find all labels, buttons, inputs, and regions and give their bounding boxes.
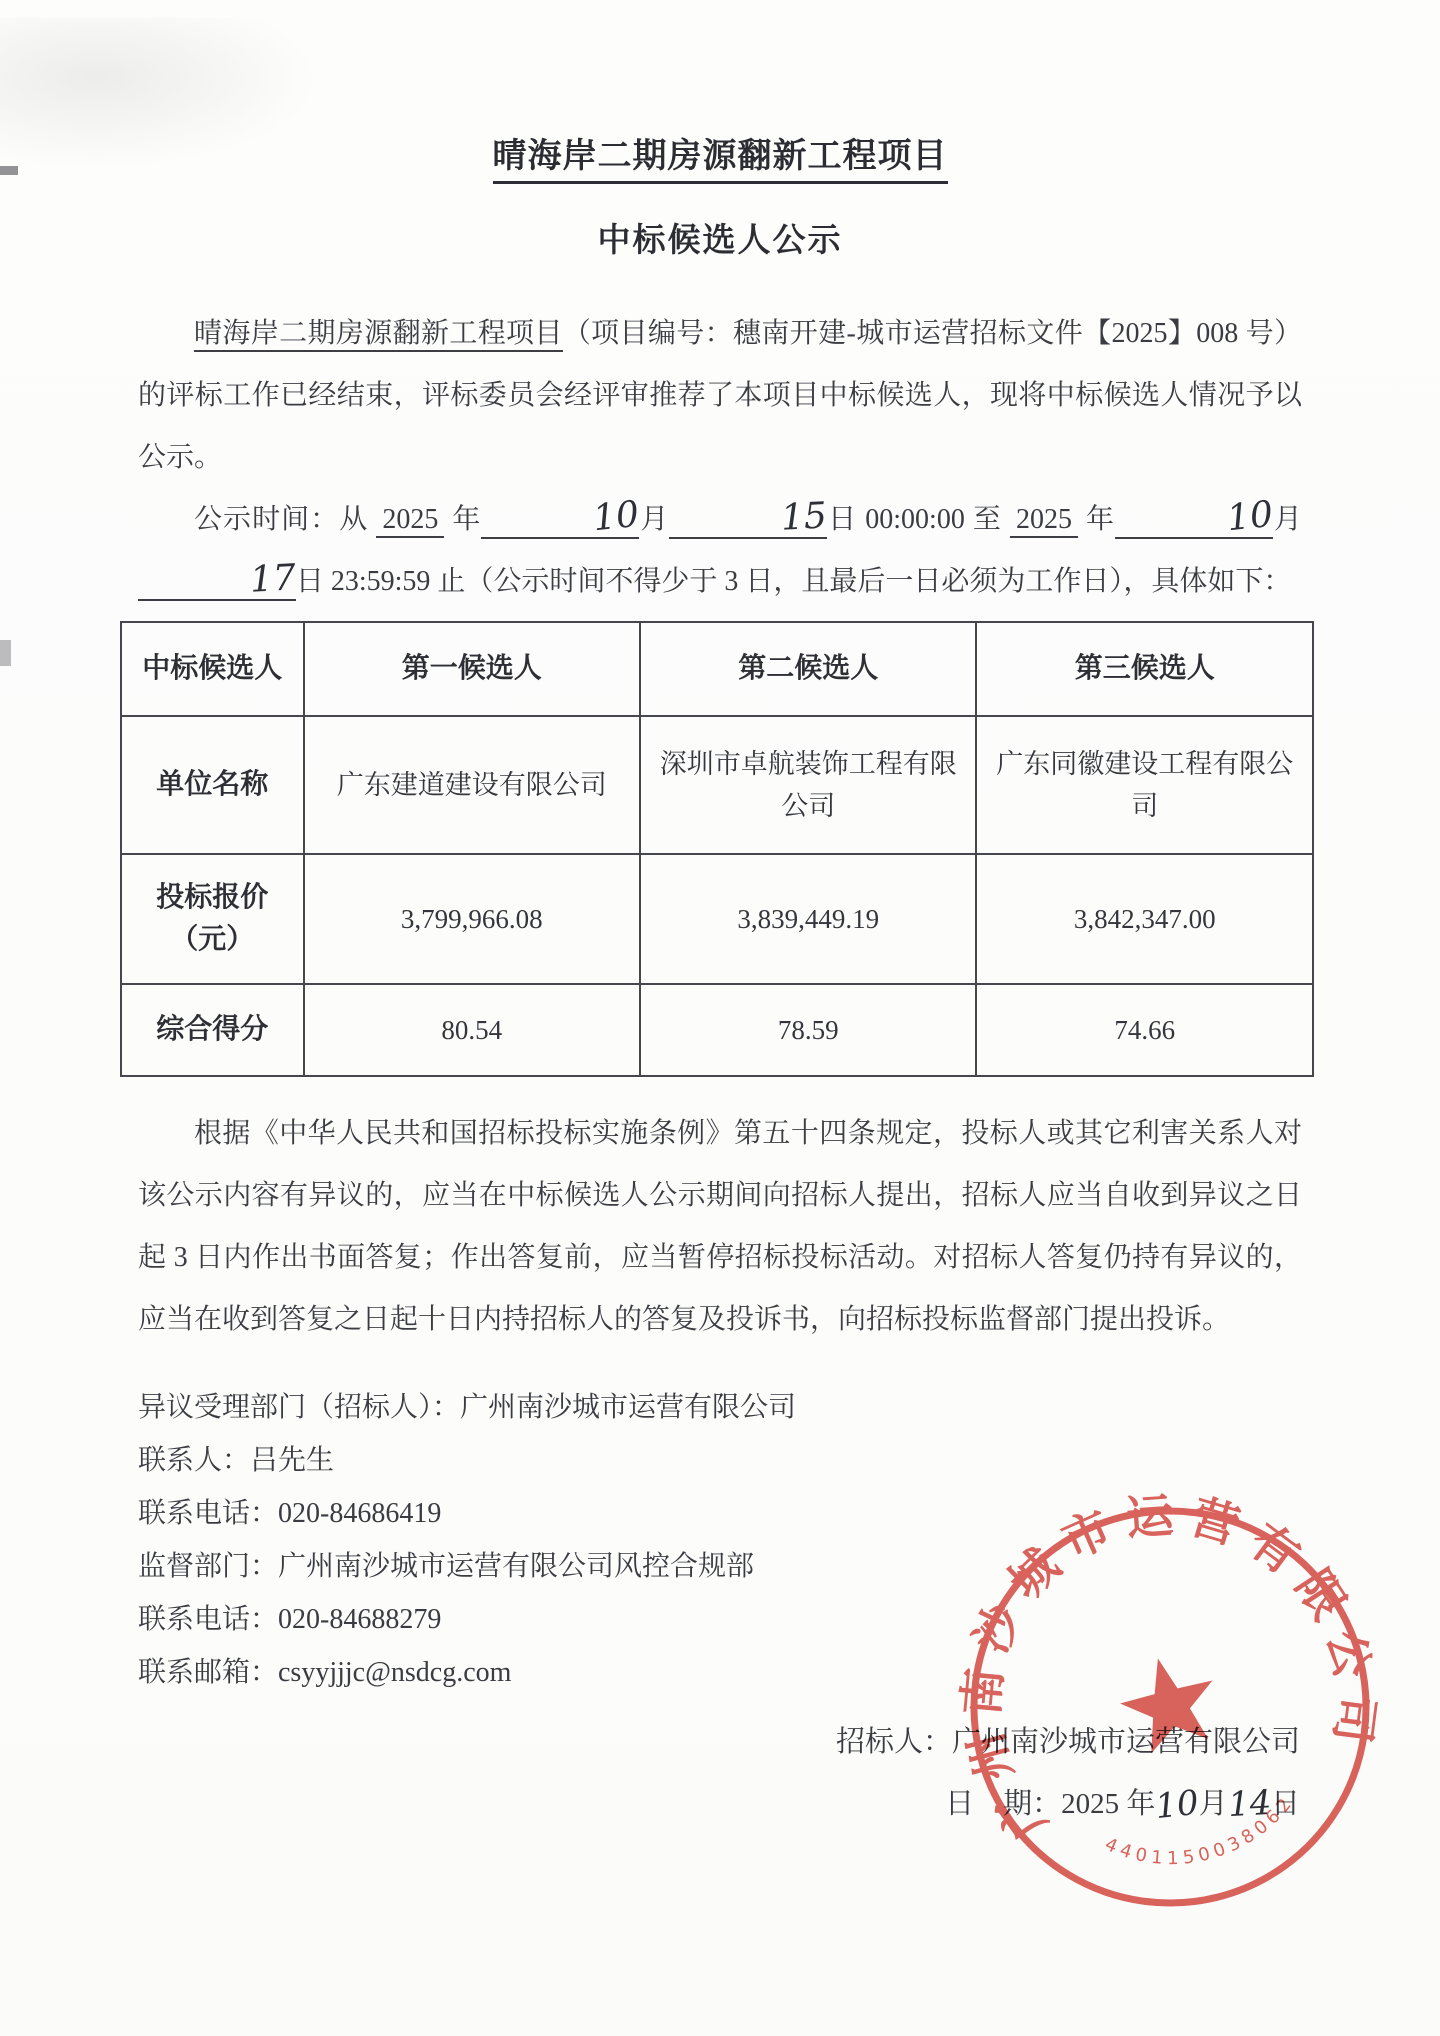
contact-info-block: 异议受理部门（招标人）：广州南沙城市运营有限公司 联系人：吕先生 联系电话：02… bbox=[138, 1381, 1302, 1699]
period-month-unit-2: 月 bbox=[1273, 504, 1302, 535]
date-label: 日 期： bbox=[945, 1788, 1061, 1820]
row-label-price: 投标报价 （元） bbox=[121, 854, 304, 984]
date-month-unit: 月 bbox=[1199, 1788, 1228, 1820]
contact-line-objection-dept: 异议受理部门（招标人）：广州南沙城市运营有限公司 bbox=[138, 1381, 1302, 1434]
handwritten-date-day: 14 bbox=[1226, 1773, 1272, 1835]
handwritten-month-slot-2: 10 bbox=[1115, 500, 1273, 539]
document-subtitle: 中标候选人公示 bbox=[138, 214, 1302, 261]
scan-artifact-tick-1 bbox=[0, 166, 18, 175]
date-day-unit: 日 bbox=[1271, 1788, 1300, 1820]
row-label-score: 综合得分 bbox=[121, 984, 304, 1076]
project-name-underlined: 晴海岸二期房源翻新工程项目 bbox=[194, 318, 563, 352]
period-month-unit-1: 月 bbox=[639, 504, 669, 535]
header-cell-first: 第一候选人 bbox=[304, 622, 640, 716]
header-cell-second: 第二候选人 bbox=[640, 622, 976, 716]
document-title-text: 晴海岸二期房源翻新工程项目 bbox=[493, 128, 948, 184]
handwritten-date-month: 10 bbox=[1153, 1773, 1202, 1837]
table-row-bid-price: 投标报价 （元） 3,799,966.08 3,839,449.19 3,842… bbox=[121, 854, 1313, 984]
handwritten-month-1: 10 bbox=[536, 498, 641, 542]
score-first: 80.54 bbox=[304, 984, 640, 1076]
contact-line-phone-1: 联系电话：020-84686419 bbox=[138, 1487, 1302, 1540]
handwritten-day-slot-2: 17 bbox=[138, 562, 296, 601]
row-label-price-line1: 投标报价 bbox=[132, 877, 293, 919]
period-middle: 日 00:00:00 至 bbox=[827, 504, 1010, 535]
price-first: 3,799,966.08 bbox=[304, 854, 640, 984]
header-cell-third: 第三候选人 bbox=[976, 622, 1313, 716]
score-third: 74.66 bbox=[976, 984, 1313, 1076]
signature-block: 招标人：广州南沙城市运营有限公司 日 期：2025 年10月14日 bbox=[836, 1712, 1300, 1834]
price-second: 3,839,449.19 bbox=[640, 854, 976, 984]
row-label-company: 单位名称 bbox=[121, 716, 304, 854]
period-year-unit-1: 年 bbox=[444, 504, 481, 535]
handwritten-day-slot-1: 15 bbox=[669, 500, 827, 539]
paragraph-objection-rules: 根据《中华人民共和国招标投标实施条例》第五十四条规定，投标人或其它利害关系人对该… bbox=[138, 1103, 1302, 1351]
scan-artifact-tick-2 bbox=[0, 640, 11, 666]
table-row-company-name: 单位名称 广东建道建设有限公司 深圳市卓航装饰工程有限公司 广东同徽建设工程有限… bbox=[121, 716, 1313, 854]
company-second: 深圳市卓航装饰工程有限公司 bbox=[640, 716, 976, 854]
period-year-2: 2025 bbox=[1010, 504, 1078, 538]
score-second: 78.59 bbox=[640, 984, 976, 1076]
date-line: 日 期：2025 年10月14日 bbox=[836, 1772, 1300, 1834]
price-third: 3,842,347.00 bbox=[976, 854, 1313, 984]
table-row-score: 综合得分 80.54 78.59 74.66 bbox=[121, 984, 1313, 1076]
row-label-price-line2: （元） bbox=[132, 919, 293, 961]
contact-line-email: 联系邮箱：csyyjjjc@nsdcg.com bbox=[138, 1646, 1302, 1699]
company-third: 广东同徽建设工程有限公司 bbox=[976, 716, 1313, 854]
handwritten-day-2: 17 bbox=[193, 561, 296, 600]
paragraph-publicity-period: 公示时间：从 2025 年10月15日 00:00:00 至 2025 年10月… bbox=[138, 489, 1302, 613]
company-first: 广东建道建设有限公司 bbox=[304, 716, 640, 854]
contact-line-supervision-dept: 监督部门：广州南沙城市运营有限公司风控合规部 bbox=[138, 1540, 1302, 1593]
table-header-row: 中标候选人 第一候选人 第二候选人 第三候选人 bbox=[121, 622, 1313, 716]
bid-candidates-table: 中标候选人 第一候选人 第二候选人 第三候选人 单位名称 广东建道建设有限公司 … bbox=[120, 621, 1314, 1077]
handwritten-day-1: 15 bbox=[725, 499, 828, 538]
paragraph-intro: 晴海岸二期房源翻新工程项目（项目编号：穗南开建-城市运营招标文件【2025】00… bbox=[138, 303, 1302, 489]
period-suffix: 日 23:59:59 止（公示时间不得少于 3 日，且最后一日必须为工作日），具… bbox=[296, 566, 1292, 597]
header-cell-candidates: 中标候选人 bbox=[121, 622, 304, 716]
handwritten-month-slot-1: 10 bbox=[481, 500, 639, 539]
tenderer-line: 招标人：广州南沙城市运营有限公司 bbox=[836, 1712, 1300, 1772]
handwritten-month-2: 10 bbox=[1170, 498, 1275, 542]
period-year-unit-2: 年 bbox=[1078, 504, 1115, 535]
period-year-1: 2025 bbox=[376, 504, 444, 538]
period-prefix: 公示时间：从 bbox=[194, 504, 376, 535]
document-title: 晴海岸二期房源翻新工程项目 bbox=[138, 128, 1302, 184]
date-year-unit: 年 bbox=[1119, 1788, 1155, 1820]
date-year: 2025 bbox=[1061, 1788, 1119, 1820]
document-page: 晴海岸二期房源翻新工程项目 中标候选人公示 晴海岸二期房源翻新工程项目（项目编号… bbox=[0, 0, 1440, 2036]
contact-line-phone-2: 联系电话：020-84688279 bbox=[138, 1593, 1302, 1646]
contact-line-person: 联系人：吕先生 bbox=[138, 1434, 1302, 1487]
